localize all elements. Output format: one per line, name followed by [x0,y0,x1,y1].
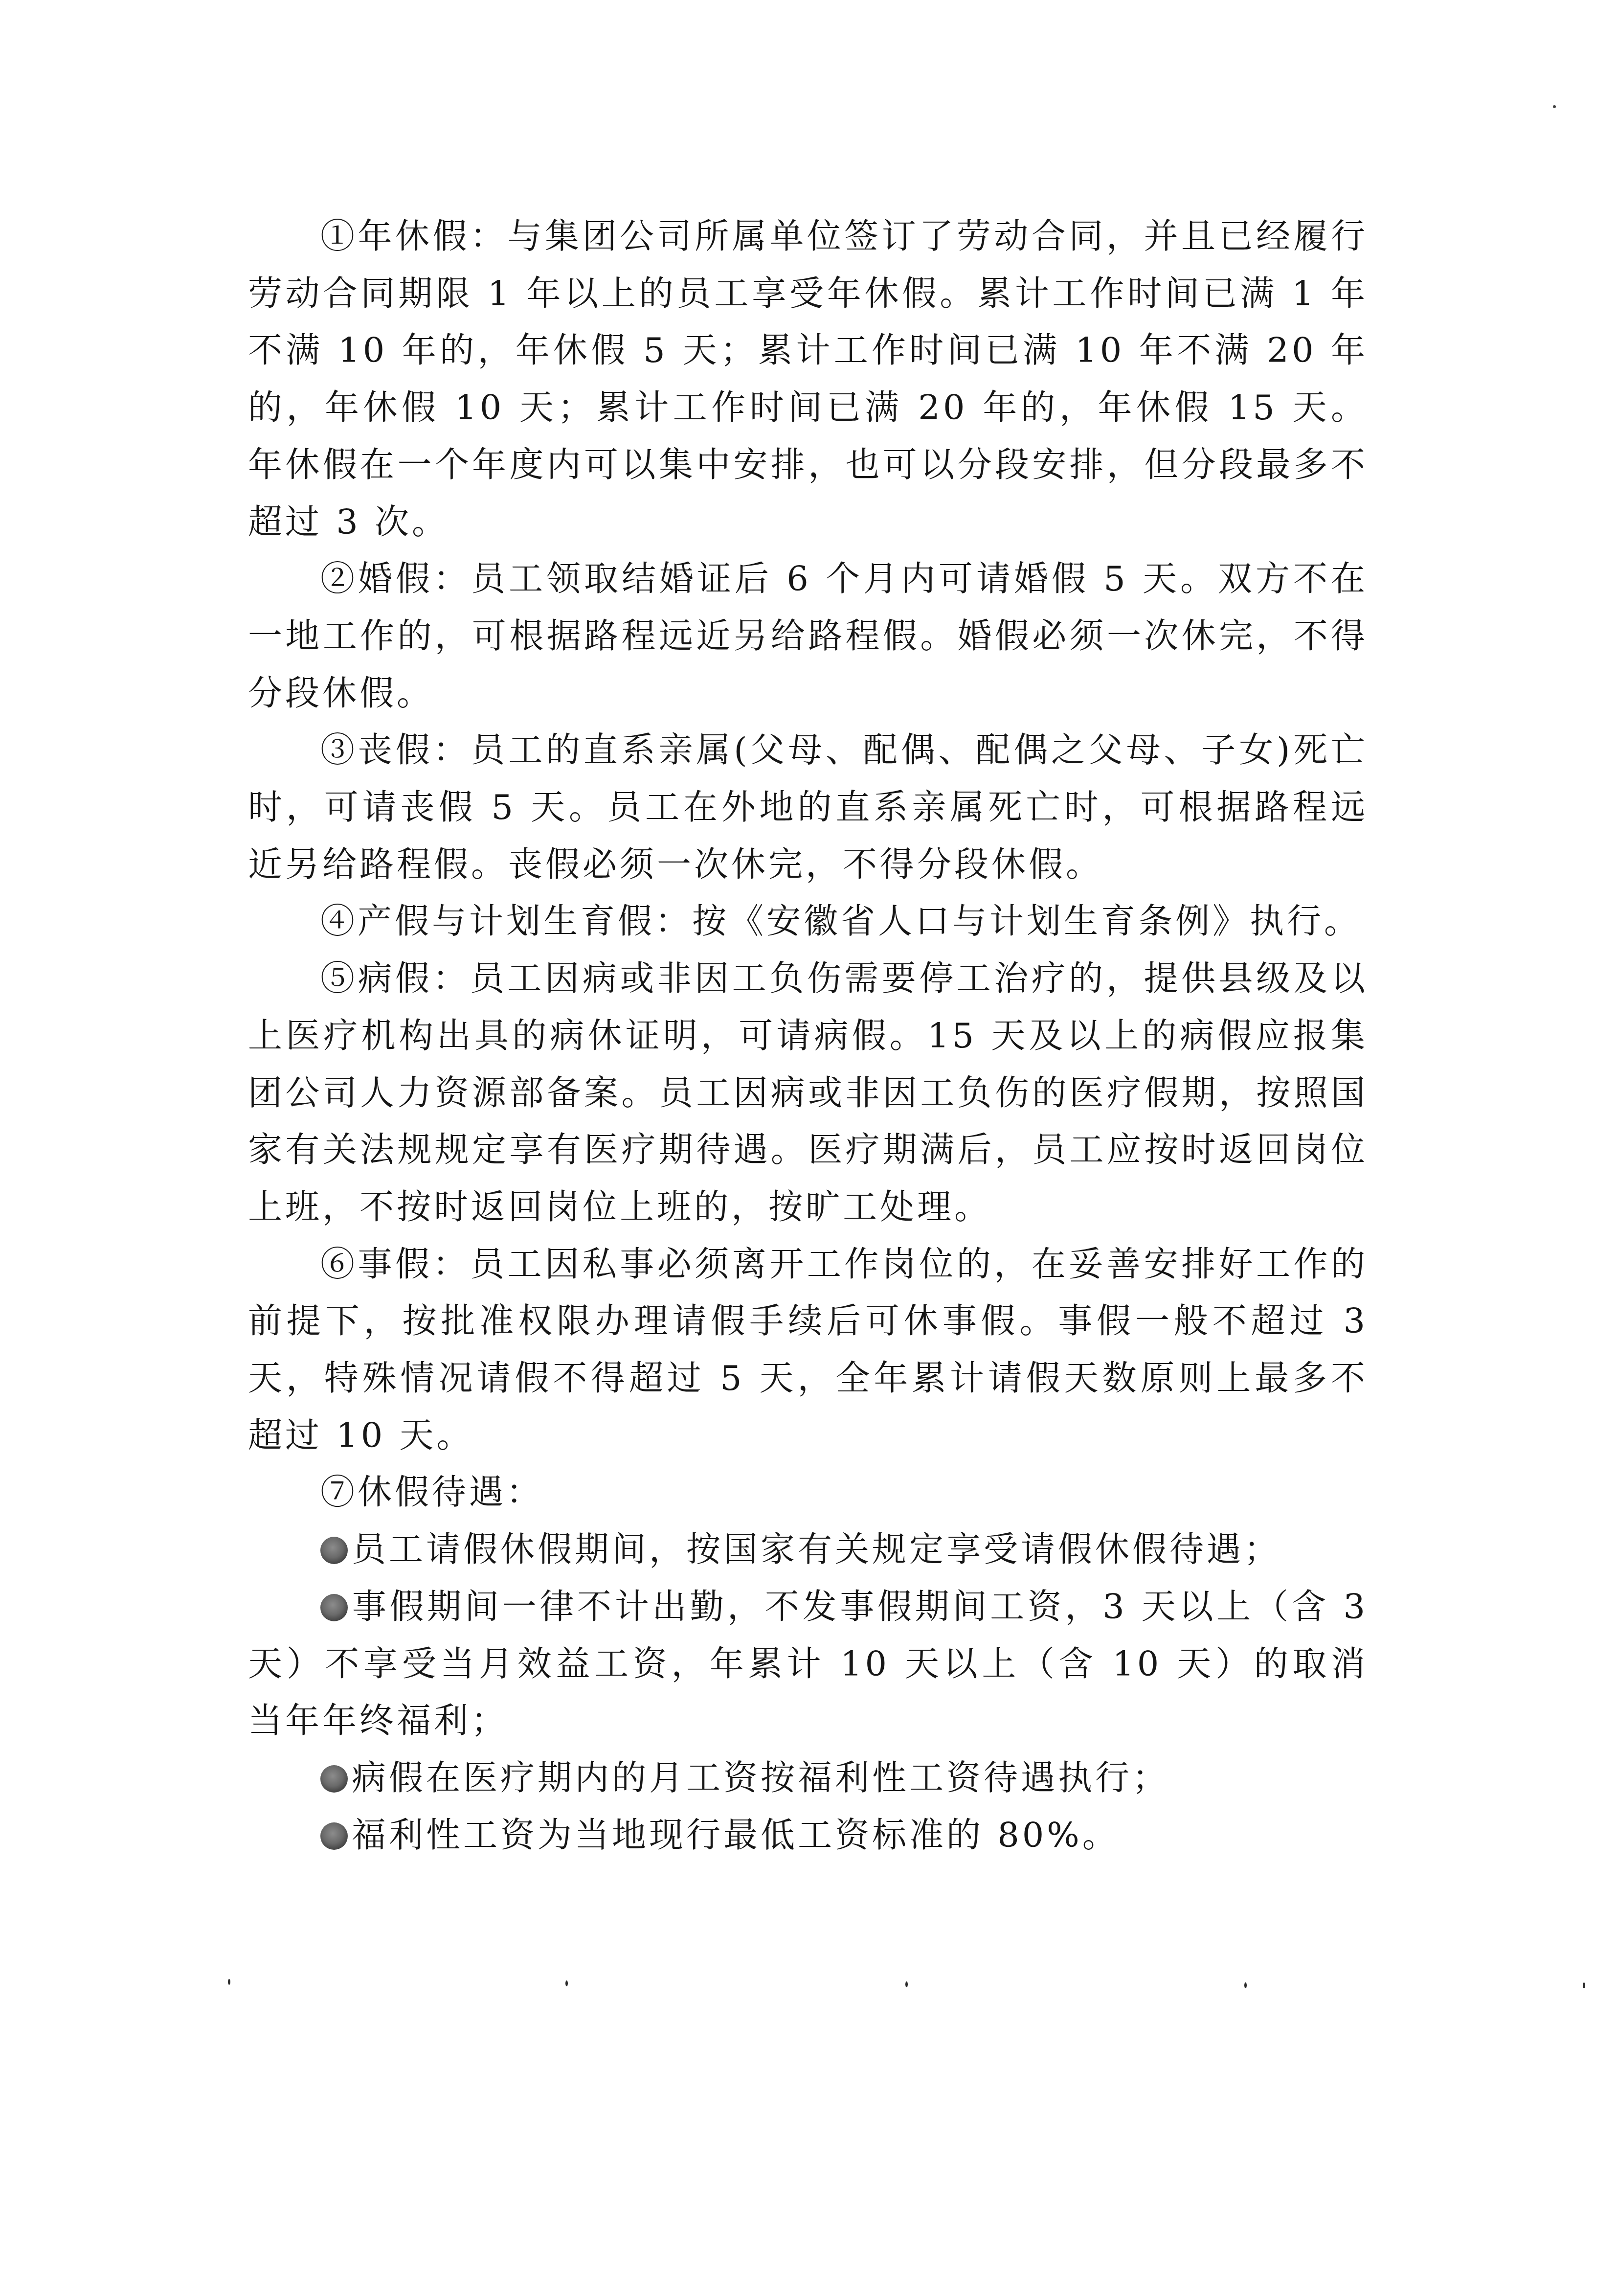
bullet-text: 事假期间一律不计出勤，不发事假期间工资，3 天以上（含 3 天）不享受当月效益工… [248,1587,1368,1741]
paragraph-sick-leave: ⑤病假：员工因病或非因工负伤需要停工治疗的，提供县级及以上医疗机构出具的病休证明… [248,950,1368,1236]
bullet-item: 福利性工资为当地现行最低工资标准的 80%。 [248,1807,1368,1864]
scan-dot [1583,1982,1585,1988]
bullet-item: 事假期间一律不计出勤，不发事假期间工资，3 天以上（含 3 天）不享受当月效益工… [248,1578,1368,1750]
bullet-text: 病假在医疗期内的月工资按福利性工资待遇执行； [352,1758,1169,1798]
scan-dot [228,1979,230,1985]
paragraph-personal-leave: ⑥事假：员工因私事必须离开工作岗位的，在妥善安排好工作的前提下，按批准权限办理请… [248,1236,1368,1464]
bullet-text: 员工请假休假期间，按国家有关规定享受请假休假待遇； [352,1529,1281,1569]
bullet-text: 福利性工资为当地现行最低工资标准的 80%。 [352,1815,1120,1855]
paragraph-marriage-leave: ②婚假：员工领取结婚证后 6 个月内可请婚假 5 天。双方不在一地工作的，可根据… [248,550,1368,722]
bullet-dot-icon [320,1822,348,1850]
paragraph-leave-benefits: ⑦休假待遇： [248,1464,1368,1521]
scan-dot [905,1981,908,1987]
bullet-dot-icon [320,1594,348,1621]
paragraph-bereavement-leave: ③丧假：员工的直系亲属(父母、配偶、配偶之父母、子女)死亡时，可请丧假 5 天。… [248,722,1368,893]
bullet-item: 员工请假休假期间，按国家有关规定享受请假休假待遇； [248,1521,1368,1578]
scan-dot [1244,1982,1247,1988]
bullet-dot-icon [320,1537,348,1564]
paragraph-maternity-leave: ④产假与计划生育假：按《安徽省人口与计划生育条例》执行。 [248,893,1368,950]
scan-speck [1553,105,1556,108]
bullet-item: 病假在医疗期内的月工资按福利性工资待遇执行； [248,1750,1368,1807]
scan-dot [565,1980,568,1986]
document-body: ①年休假：与集团公司所属单位签订了劳动合同，并且已经履行劳动合同期限 1 年以上… [248,208,1368,1864]
bullet-dot-icon [320,1765,348,1793]
document-page: ①年休假：与集团公司所属单位签订了劳动合同，并且已经履行劳动合同期限 1 年以上… [0,0,1617,2296]
paragraph-annual-leave: ①年休假：与集团公司所属单位签订了劳动合同，并且已经履行劳动合同期限 1 年以上… [248,208,1368,550]
